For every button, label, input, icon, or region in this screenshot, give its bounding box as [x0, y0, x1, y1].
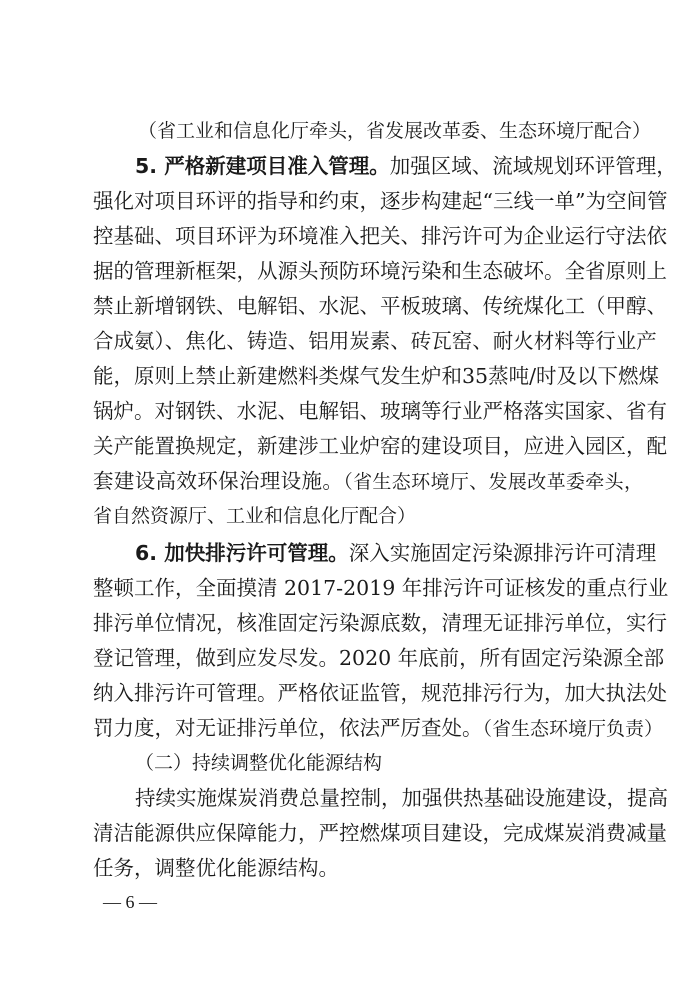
- section-heading: （二）持续调整优化能源结构: [135, 748, 643, 778]
- body-line: 控基础、项目环评为环境准入把关、排污许可为企业运行守法依: [93, 221, 643, 251]
- body-line: 合成氨）、焦化、铸造、铝用炭素、砖瓦窑、耐火材料等行业产: [93, 326, 643, 356]
- body-line: 关产能置换规定，新建涉工业炉窑的建设项目，应进入园区，配: [93, 431, 643, 461]
- body-line: 锅炉。对钢铁、水泥、电解铝、玻璃等行业严格落实国家、省有: [93, 396, 643, 426]
- responsibility-note: 省自然资源厅、工业和信息化厅配合）: [93, 501, 643, 531]
- body-line: 排污单位情况，核准固定污染源底数，清理无证排污单位，实行: [93, 608, 643, 638]
- page-number: — 6 —: [103, 889, 157, 915]
- body-line: 任务，调整优化能源结构。: [93, 853, 643, 883]
- body-line: 能，原则上禁止新建燃料类煤气发生炉和35蒸吨/时及以下燃煤: [93, 361, 643, 391]
- body-text: 罚力度，对无证排污单位，依法严厉查处。: [93, 716, 483, 740]
- body-line: 据的管理新框架，从源头预防环境污染和生态破坏。全省原则上: [93, 256, 643, 286]
- responsibility-note: （省生态环境厅、发展改革委牵头，: [343, 471, 643, 493]
- body-line: 罚力度，对无证排污单位，依法严厉查处。（省生态环境厅负责）: [93, 713, 643, 743]
- body-line: 强化对项目环评的指导和约束，逐步构建起“三线一单”为空间管: [93, 186, 643, 216]
- item-6-heading: 6. 加快排污许可管理。: [135, 541, 349, 565]
- item-5-heading: 5. 严格新建项目准入管理。: [135, 154, 390, 178]
- body-line: 整顿工作，全面摸清 2017-2019 年排污许可证核发的重点行业: [93, 573, 643, 603]
- responsibility-note: （省生态环境厅负责）: [483, 718, 664, 740]
- body-line: 禁止新增钢铁、电解铝、水泥、平板玻璃、传统煤化工（甲醇、: [93, 291, 643, 321]
- body-text: 套建设高效环保治理设施。: [93, 469, 343, 493]
- body-line: 登记管理，做到应发尽发。2020 年底前，所有固定污染源全部: [93, 643, 643, 673]
- body-line: 清洁能源供应保障能力，严控燃煤项目建设，完成煤炭消费减量: [93, 818, 643, 848]
- item-6-first-line: 6. 加快排污许可管理。深入实施固定污染源排污许可清理: [135, 538, 643, 568]
- item-5-first-line: 5. 严格新建项目准入管理。加强区域、流域规划环评管理，: [135, 151, 643, 181]
- body-line: 纳入排污许可管理。严格依证监管，规范排污行为，加大执法处: [93, 678, 643, 708]
- body-line: 持续实施煤炭消费总量控制，加强供热基础设施建设，提高: [135, 783, 643, 813]
- responsibility-note: （省工业和信息化厅牵头，省发展改革委、生态环境厅配合）: [138, 116, 643, 146]
- document-page: （省工业和信息化厅牵头，省发展改革委、生态环境厅配合） 5. 严格新建项目准入管…: [0, 0, 700, 989]
- item-6-text: 深入实施固定污染源排污许可清理: [349, 541, 657, 565]
- body-line: 套建设高效环保治理设施。（省生态环境厅、发展改革委牵头，: [93, 466, 643, 496]
- item-5-text: 加强区域、流域规划环评管理，: [390, 154, 677, 178]
